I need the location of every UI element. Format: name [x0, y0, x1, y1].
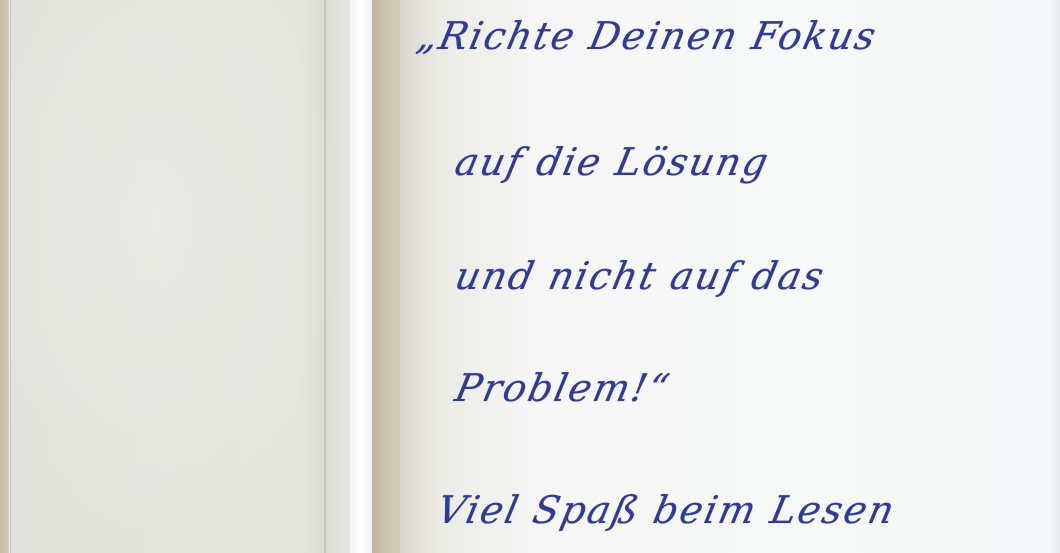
- handwriting-line-5: Viel Spaß beim Lesen: [433, 488, 900, 532]
- handwriting-line-4: Problem!“: [451, 366, 675, 410]
- open-book-photo: „Richte Deinen Fokus auf die Lösung und …: [0, 0, 1060, 553]
- right-page: „Richte Deinen Fokus auf die Lösung und …: [400, 0, 1060, 553]
- handwriting-line-1: „Richte Deinen Fokus: [413, 14, 881, 58]
- book-gutter: [372, 0, 402, 553]
- left-page-blank: [11, 0, 351, 553]
- handwriting-line-2: auf die Lösung: [451, 140, 774, 184]
- handwritten-dedication: „Richte Deinen Fokus auf die Lösung und …: [400, 0, 1060, 553]
- book-left-edge: [0, 0, 10, 553]
- handwriting-line-3: und nicht auf das: [451, 254, 829, 298]
- left-page-edge-highlight: [350, 0, 372, 553]
- left-page-fold-line: [324, 0, 326, 553]
- right-page-edge: [1052, 0, 1060, 553]
